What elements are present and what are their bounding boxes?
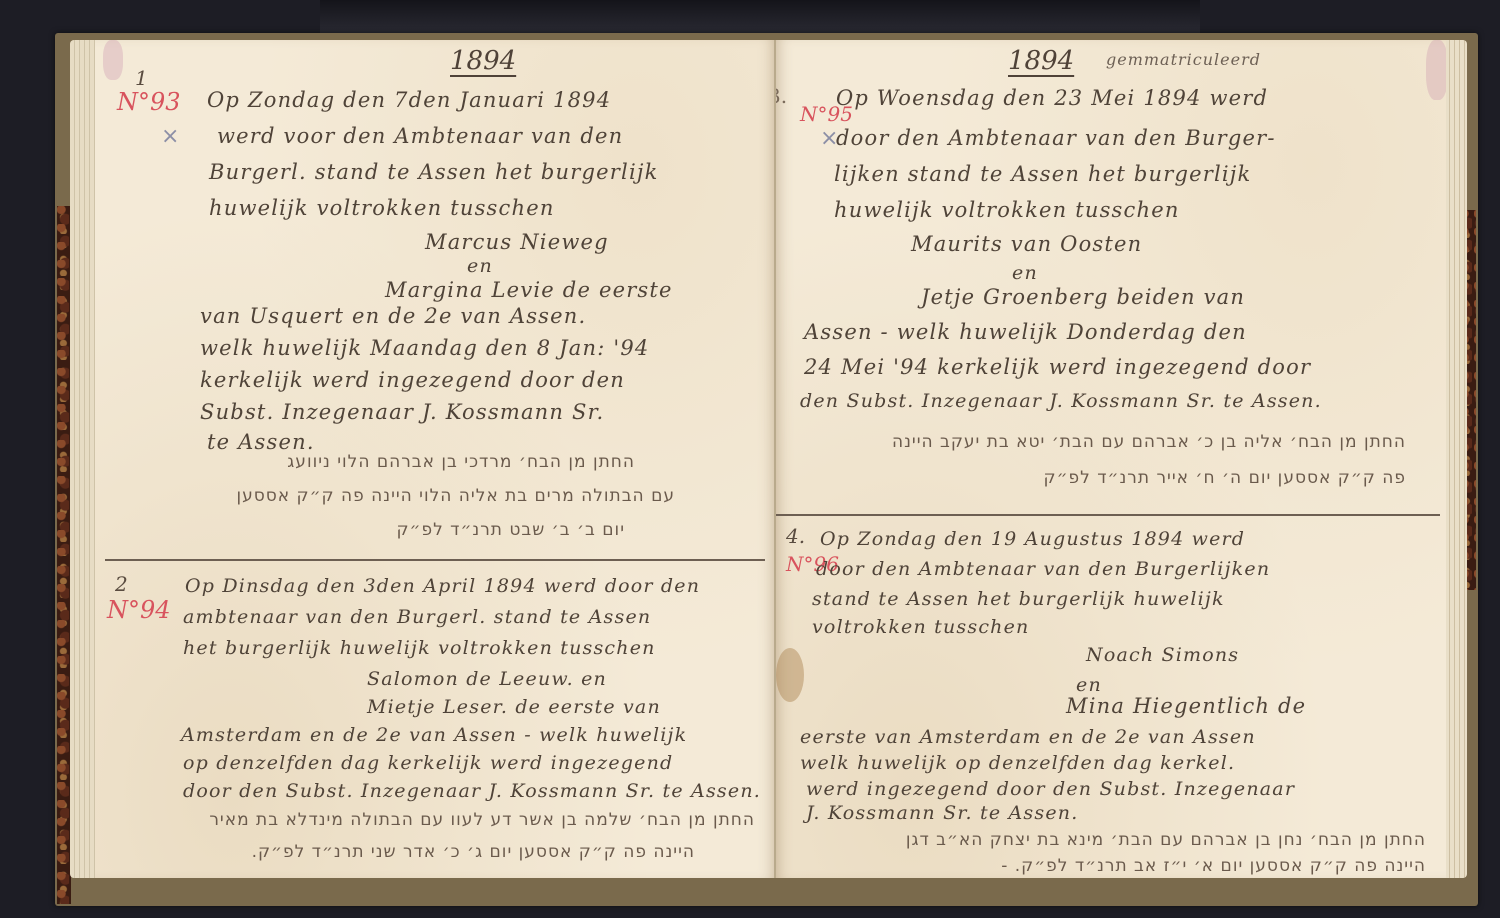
entry-line: werd ingezegend door den Subst. Inzegena… <box>806 778 1295 800</box>
entry-line: Op Woensdag den 23 Mei 1894 werd <box>836 86 1268 110</box>
entry-number: N°94 <box>107 596 171 624</box>
entry-line: welk huwelijk Maandag den 8 Jan: '94 <box>200 336 649 360</box>
entry-line: door den Subst. Inzegenaar J. Kossmann S… <box>183 780 761 802</box>
entry-line: voltrokken tusschen <box>812 616 1030 638</box>
header-note: gemmatriculeerd <box>1106 50 1261 69</box>
entry-line: stand te Assen het burgerlijk huwelijk <box>812 588 1225 610</box>
pink-stain <box>1426 40 1446 100</box>
margin-ornament: 3. <box>776 84 787 108</box>
hebrew-line: החתן מן הבח׳ נחן בן אברהם עם הבת׳ מינא ב… <box>906 830 1426 850</box>
entry-line: Amsterdam en de 2e van Assen - welk huwe… <box>181 724 687 746</box>
entry-line: den Subst. Inzegenaar J. Kossmann Sr. te… <box>800 390 1322 412</box>
hebrew-line: היינה פה ק״ק אססען יום א׳ י״ז אב תרנ״ד ל… <box>1001 856 1426 876</box>
entry-line: Burgerl. stand te Assen het burgerlijk <box>209 160 659 184</box>
paper-stain <box>776 648 804 702</box>
entry-line: lijken stand te Assen het burgerlijk <box>834 162 1251 186</box>
entry-line: Subst. Inzegenaar J. Kossmann Sr. <box>200 400 604 424</box>
entry-line: huwelijk voltrokken tusschen <box>834 198 1180 222</box>
entry-line: op denzelfden dag kerkelijk werd ingezeg… <box>183 752 673 774</box>
entry-line: huwelijk voltrokken tusschen <box>209 196 555 220</box>
entry-divider <box>105 559 765 561</box>
marbled-board-left <box>57 206 71 904</box>
bride-line: Mietje Leser. de eerste van <box>367 696 661 718</box>
scanner-top-edge <box>320 0 1200 34</box>
conjunction: en <box>467 255 493 277</box>
entry-line: door den Ambtenaar van den Burger- <box>836 126 1276 150</box>
right-page: 1894 gemmatriculeerd 3. N°95 × Op Woensd… <box>776 40 1446 878</box>
entry-line: welk huwelijk op denzelfden dag kerkel. <box>800 752 1235 774</box>
entry-line: door den Ambtenaar van den Burgerlijken <box>816 558 1270 580</box>
conjunction: en <box>1076 674 1102 696</box>
year-heading-left: 1894 <box>450 46 516 76</box>
groom-name: Salomon de Leeuw. en <box>367 668 607 690</box>
entry-line: het burgerlijk huwelijk voltrokken tussc… <box>183 637 656 659</box>
entry-line: werd voor den Ambtenaar van den <box>217 124 623 148</box>
entry-line: 24 Mei '94 kerkelijk werd ingezegend doo… <box>804 355 1311 379</box>
hebrew-line: החתן מן הבח׳ אליה בן כ׳ אברהם עם הבת׳ יט… <box>892 432 1406 452</box>
entry-line: eerste van Amsterdam en de 2e van Assen <box>800 726 1256 748</box>
page-edges-right <box>1445 40 1467 878</box>
hebrew-line: החתן מן הבח׳ שלמה בן אשר דע לעוו עם הבתו… <box>209 810 755 830</box>
entry-line: Assen - welk huwelijk Donderdag den <box>804 320 1247 344</box>
pencil-cross-mark: × <box>161 124 179 149</box>
hebrew-line: היינה פה ק״ק אססען יום ג׳ כ׳ אדר שני תרנ… <box>252 842 695 862</box>
left-page: 1894 1 N°93 × Op Zondag den 7den Januari… <box>95 40 775 878</box>
entry-line: Op Zondag den 19 Augustus 1894 werd <box>820 528 1245 550</box>
entry-line: ambtenaar van den Burgerl. stand te Asse… <box>183 606 651 628</box>
bride-line: Mina Hiegentlich de <box>1066 694 1306 718</box>
groom-name: Maurits van Oosten <box>911 232 1142 256</box>
entry-line: te Assen. <box>207 430 315 454</box>
hebrew-line: יום ב׳ ב׳ שבט תרנ״ד לפ״ק <box>396 520 625 540</box>
pink-stain <box>103 40 123 80</box>
groom-name: Marcus Nieweg <box>425 230 609 254</box>
entry-tally: 2 <box>115 572 128 596</box>
bride-line: Margina Levie de eerste <box>385 278 673 302</box>
entry-tally: 1 <box>135 66 148 90</box>
hebrew-line: פה ק״ק אססען יום ה׳ ח׳ אייר תרנ״ד לפ״ק <box>1044 468 1406 488</box>
groom-name: Noach Simons <box>1086 644 1239 666</box>
entry-line: Op Zondag den 7den Januari 1894 <box>207 88 611 112</box>
entry-number: N°93 <box>117 88 181 116</box>
conjunction: en <box>1012 262 1038 284</box>
entry-line: kerkelijk werd ingezegend door den <box>200 368 625 392</box>
entry-tally: 4. <box>786 524 805 548</box>
entry-line: J. Kossmann Sr. te Assen. <box>806 802 1078 824</box>
entry-line: van Usquert en de 2e van Assen. <box>200 304 586 328</box>
bride-line: Jetje Groenberg beiden van <box>921 285 1245 309</box>
hebrew-line: החתן מן הבח׳ מרדכי בן אברהם הלוי ניוועג <box>287 452 635 472</box>
year-heading-right: 1894 <box>1008 46 1074 76</box>
hebrew-line: עם הבתולה מרים בת אליה הלוי היינה פה ק״ק… <box>236 486 675 506</box>
entry-divider <box>776 514 1440 516</box>
entry-line: Op Dinsdag den 3den April 1894 werd door… <box>185 575 700 597</box>
